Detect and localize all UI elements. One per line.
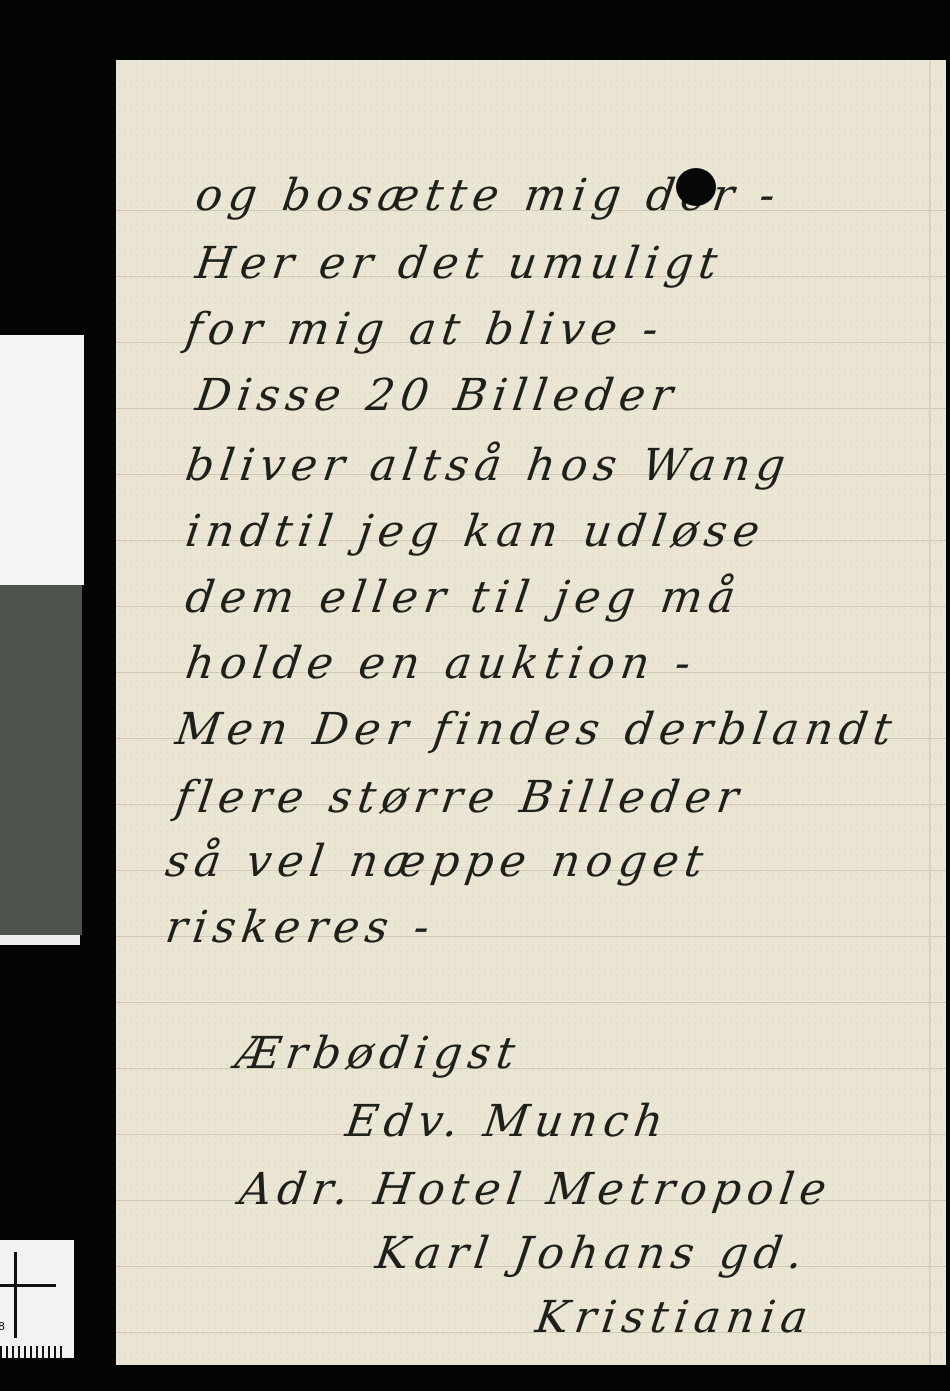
ruler-ticks xyxy=(0,1344,66,1358)
letter-line: Men Der findes derblandt xyxy=(172,704,900,755)
closing-greeting: Ærbødigst xyxy=(232,1028,524,1079)
ruled-line xyxy=(116,1332,946,1333)
scale-ruler: 8 xyxy=(0,1240,74,1358)
letter-page: og bosætte mig der - Her er det umuligt … xyxy=(116,60,946,1365)
letter-line: Her er det umuligt xyxy=(192,238,726,289)
color-calibration-gray-patch xyxy=(0,585,82,935)
color-calibration-white-patch xyxy=(0,335,84,585)
punch-hole xyxy=(676,168,716,206)
letter-line: holde en auktion - xyxy=(182,638,699,689)
paper-fold-edge xyxy=(929,60,931,1365)
letter-line: Disse 20 Billeder xyxy=(192,370,682,421)
letter-line: så vel næppe noget xyxy=(162,836,712,887)
address-line: Kristiania xyxy=(532,1292,816,1343)
crosshair-bar xyxy=(0,1284,56,1287)
letter-line: indtil jeg kan udløse xyxy=(182,506,768,557)
letter-line: dem eller til jeg må xyxy=(182,572,744,623)
color-calibration-strip xyxy=(0,935,80,945)
signature: Edv. Munch xyxy=(342,1096,672,1147)
letter-line: riskeres - xyxy=(162,902,438,953)
address-line: Karl Johans gd. xyxy=(372,1228,811,1279)
crosshair-icon xyxy=(14,1252,17,1338)
ruler-number: 8 xyxy=(0,1320,5,1333)
letter-line: flere større Billeder xyxy=(172,772,747,823)
letter-line: for mig at blive - xyxy=(182,304,667,355)
letter-line: bliver altså hos Wang xyxy=(182,440,794,491)
address-line: Adr. Hotel Metropole xyxy=(236,1164,835,1215)
ruled-line xyxy=(116,1002,946,1003)
